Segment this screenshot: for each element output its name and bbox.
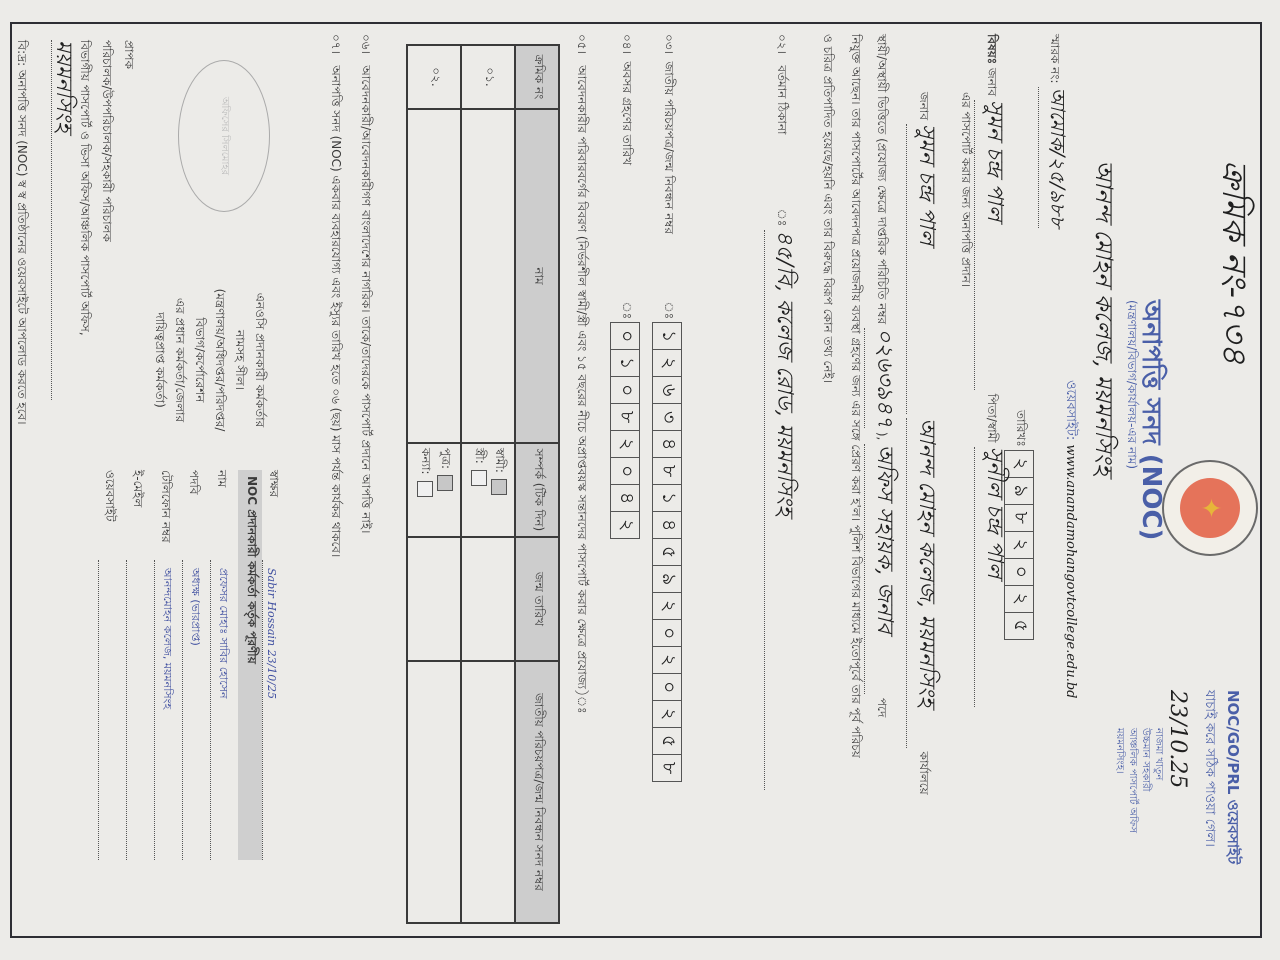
table-header-row: ক্রমিক নং নাম সম্পর্ক (টিক দিন) জন্ম তার… [515, 45, 559, 923]
post-suffix: পদে [875, 698, 889, 717]
subject-prefix: জনাব [985, 68, 999, 96]
digit-box: ৫ [652, 538, 682, 566]
website-value: www.anandamohangovtcollege.edu.bd [1063, 444, 1078, 698]
official-id: ০২৬৩৯৪৭ [864, 328, 902, 428]
fields-header: NOC প্রদানকারী কর্মকর্তা কর্তৃক পূরণীয় [238, 470, 262, 860]
row-nid-cell[interactable] [407, 661, 461, 923]
website-line: ওয়েবসাইট: www.anandamohangovtcollege.ed… [1059, 380, 1080, 699]
digit-box: ২ [652, 646, 682, 674]
digit-box: ৪ [652, 430, 682, 458]
present-address-value: ৪৫/বি, কলেজ রোড, ময়মনসিংহ [764, 230, 802, 790]
field-name: নাম প্রফেসর মোহাঃ সাবির হোসেন [210, 470, 238, 860]
officer-seal-note: এনওসি প্রদানকারী কর্মকর্তার নামসহ সীল। (… [150, 260, 270, 460]
item-number: ০৫। [575, 34, 589, 54]
row-serial: ০২. [407, 45, 461, 109]
digit-box: ২ [652, 349, 682, 377]
item-citizenship: ০৬। আবেদনকারী/আবেদনকারীগণ বাংলাদেশের নাগ… [354, 34, 374, 533]
note-line: এর প্রধান কর্মকর্তা/জেলার [170, 260, 190, 460]
row-nid-cell[interactable] [461, 661, 515, 923]
item-number: ০৬। [359, 34, 373, 54]
item-number: ০৪। [615, 34, 635, 54]
digit-box: ৬ [652, 376, 682, 404]
digit-box: ১ [652, 322, 682, 350]
item-label: অবসর গ্রহণের তারিখ [615, 62, 635, 302]
field-phone: টেলিফোন নম্বর আনন্দমোহন কলেজ, ময়মনসিংহ [154, 470, 182, 860]
recipient-line-2: বিভাগীয় পাসপোর্ট ও ভিসা অফিস/আঞ্চলিক পা… [74, 40, 96, 400]
father-label: পিতা/স্বামী [985, 394, 999, 443]
recipient-block: প্রাপক পরিচালক/উপপরিচালক/সহকারী পরিচালক … [50, 40, 140, 400]
body-prefix: জনাব [917, 92, 931, 120]
digit-box: ৮ [652, 457, 682, 485]
body-line-1: জনাব সুমন চন্দ্র পাল আনন্দ মোহন কলেজ, ময… [906, 92, 944, 795]
subject-label: বিষয়ঃ [985, 34, 999, 64]
document-subtitle: (মন্ত্রণালয়/বিভাগ/কার্যালয়-এর নাম) [1120, 300, 1140, 469]
applicant-name: সুমন চন্দ্র পাল [974, 100, 1012, 390]
field-label: স্বাক্ষর [262, 470, 282, 560]
handwritten-serial-number: ক্রমিক নং-৭৩৪ [1203, 160, 1260, 364]
note-line: বিভাগ/কর্পোরেশন [190, 260, 210, 460]
subject-line: বিষয়ঃ জনাব সুমন চন্দ্র পাল পিতা/স্বামী … [974, 34, 1012, 707]
date-label: তারিখঃ [1009, 410, 1029, 447]
relation-checkbox[interactable] [438, 475, 454, 491]
reference-number: স্মারক নং: আমোক/২৫/৯৮৮ [1038, 34, 1072, 228]
digit-box: ৫ [652, 727, 682, 755]
item-number: ০৭। [329, 34, 343, 54]
digit-box: ০ [610, 376, 640, 404]
digit-box: ৮ [610, 403, 640, 431]
row-relation-cell: পুত্র: কন্যা: [407, 443, 461, 537]
digit-box: ২ [610, 511, 640, 539]
field-line[interactable]: অধ্যক্ষ (ভারপ্রাপ্ত) [182, 560, 183, 860]
retirement-date-digit-boxes: ০১০৮২০৪২ [610, 323, 640, 539]
field-label: ই-মেইল [126, 470, 146, 560]
body-office: আনন্দ মোহন কলেজ, ময়মনসিংহ [906, 418, 944, 748]
item-validity: ০৭। অনাপত্তি সনদ (NOC) একবার ব্যবহারযোগ্… [324, 34, 344, 557]
note-line: নামসহ সীল। [230, 260, 250, 460]
reference-label: স্মারক নং: [1048, 34, 1062, 84]
note-line: এনওসি প্রদানকারী কর্মকর্তার [250, 260, 270, 460]
signature-line[interactable]: Sabir Hossain 23/10/25 [262, 560, 263, 860]
digit-box: ৮ [652, 754, 682, 782]
table-row: ০১. স্বামী: স্ত্রী: [461, 45, 515, 923]
header-nid: জাতীয় পরিচয়পত্র/জন্ম নিবন্ধন সনদ নম্বর [515, 661, 559, 923]
post-title: অফিস সহায়ক, জনাব [864, 444, 902, 694]
relation-label: পুত্র: [439, 448, 453, 469]
row-name-cell[interactable] [407, 109, 461, 443]
digit-box: ৪ [652, 511, 682, 539]
national-id-digit-boxes: ১২৬৩৪৮১৪৫৯২০২০২৫৮ [652, 323, 682, 782]
digit-box: ০ [610, 457, 640, 485]
item-text: আবেদনকারী/আবেদনকারীগণ বাংলাদেশের নাগরিক।… [359, 65, 373, 533]
officer-fields: স্বাক্ষর Sabir Hossain 23/10/25 NOC প্রদ… [98, 470, 290, 860]
verification-date: 23/10.25 [1165, 690, 1190, 930]
field-line[interactable] [126, 560, 127, 860]
noc-document-page: ক্রমিক নং-৭৩৪ ✦ অনাপত্তি সনদ (NOC) (মন্ত… [0, 0, 1280, 960]
digit-box: ০ [652, 673, 682, 701]
row-birth-date-cell[interactable] [461, 537, 515, 661]
field-label: টেলিফোন নম্বর [154, 470, 174, 560]
father-name: সুনীল চন্দ্র পাল [974, 447, 1012, 707]
body-line-3: নিযুক্ত আছেন। তার পাসপোর্টের আবেদনপত্র প… [844, 34, 864, 758]
field-signature: স্বাক্ষর Sabir Hossain 23/10/25 [262, 470, 290, 860]
item-national-id: ০৩। জাতীয় পরিচয়পত্র/জন্ম নিবন্ধন নম্বর… [652, 34, 682, 782]
government-seal-icon: ✦ [1162, 460, 1258, 556]
relation-checkbox[interactable] [418, 481, 434, 497]
item-label: বর্তমান ঠিকানা [770, 65, 790, 205]
office-name: আনন্দ মোহন কলেজ, ময়মনসিংহ [1082, 160, 1122, 476]
stamp-line: উচ্চমান সহকারী [1139, 728, 1152, 930]
reference-value: আমোক/২৫/৯৮৮ [1038, 87, 1072, 228]
field-designation: পদবি অধ্যক্ষ (ভারপ্রাপ্ত) [182, 470, 210, 860]
item-text: অনাপত্তি সনদ (NOC) একবার ব্যবহারযোগ্য এব… [329, 65, 343, 557]
body-name: সুমন চন্দ্র পাল [906, 124, 944, 414]
table-row: ০২. পুত্র: কন্যা: [407, 45, 461, 923]
subject-suffix: এর পাসপোর্ট করার জন্য অনাপত্তি প্রদান। [954, 92, 974, 287]
body-office-suffix: কার্যালয়ে [917, 752, 931, 795]
item-retirement-date: ০৪। অবসর গ্রহণের তারিখ ঃ ০১০৮২০৪২ [610, 34, 640, 539]
header-serial: ক্রমিক নং [515, 45, 559, 109]
row-serial: ০১. [461, 45, 515, 109]
item-number: ০৩। [657, 34, 677, 54]
digit-box: ২ [610, 430, 640, 458]
stamp-line: নাজমা খাতুন [1152, 728, 1165, 930]
verification-line-2: যাচাই করে সঠিক পাওয়া গেল। [1198, 690, 1219, 930]
field-email: ই-মেইল [126, 470, 154, 860]
stamp-line: আঞ্চলিক পাসপোর্ট অফিস [1126, 728, 1139, 930]
field-line[interactable]: আনন্দমোহন কলেজ, ময়মনসিংহ [154, 560, 155, 860]
digit-box: ২ [652, 592, 682, 620]
handwritten-signature: Sabir Hossain 23/10/25 [265, 568, 278, 699]
relation-label: কন্যা: [419, 448, 433, 475]
website-label: ওয়েবসাইট: [1063, 380, 1078, 440]
digit-box: ১ [652, 484, 682, 512]
digit-box: ০ [652, 619, 682, 647]
field-value: প্রফেসর মোহাঃ সাবির হোসেন [213, 568, 232, 699]
family-details-table: ক্রমিক নং নাম সম্পর্ক (টিক দিন) জন্ম তার… [406, 44, 560, 924]
verification-officer-stamp: নাজমা খাতুন উচ্চমান সহকারী আঞ্চলিক পাসপো… [1113, 728, 1165, 930]
recipient-city: ময়মনসিংহ [51, 40, 74, 400]
seal-emblem-icon: ✦ [1180, 478, 1240, 538]
note-line: (মন্ত্রণালয়/অধিদপ্তর/পরিদপ্তর/ [210, 260, 230, 460]
header-relation: সম্পর্ক (টিক দিন) [515, 443, 559, 537]
row-birth-date-cell[interactable] [407, 537, 461, 661]
relation-checkbox[interactable] [492, 479, 508, 495]
digit-box: ২ [652, 700, 682, 728]
header-name: নাম [515, 109, 559, 443]
digit-box: ৩ [652, 403, 682, 431]
note-line: দায়িত্বপ্রাপ্ত কর্মকর্তা) [150, 260, 170, 460]
body-line-2: স্থায়ী/অস্থায়ী ভিত্তিতে (প্রযোজ্য ক্ষে… [864, 34, 902, 717]
item-number: ০২। [775, 34, 789, 54]
header-birth-date: জন্ম তারিখ [515, 537, 559, 661]
field-label: ওয়েবসাইট [98, 470, 118, 560]
field-label: পদবি [182, 470, 202, 560]
digit-box: ৯ [652, 565, 682, 593]
field-value: অধ্যক্ষ (ভারপ্রাপ্ত) [185, 568, 204, 646]
footer-note: বি:দ্র: অনাপত্তি সনদ (NOC) স্ব স্ব প্রতি… [10, 40, 30, 425]
digit-box: ৪ [610, 484, 640, 512]
verification-stamp: NOC/GO/PRL ওয়েবসাইট যাচাই করে সঠিক পাওয… [1113, 690, 1244, 930]
verification-line-1: NOC/GO/PRL ওয়েবসাইট [1219, 690, 1244, 930]
office-seal-placeholder: অফিসের সিলমোহর [178, 60, 270, 212]
field-website: ওয়েবসাইট [98, 470, 126, 860]
body-line-2-text: স্থায়ী/অস্থায়ী ভিত্তিতে (প্রযোজ্য ক্ষে… [875, 34, 889, 324]
item-label: আবেদনকারীর পরিবারবর্গের বিবরণ (নির্ভরশীল… [575, 65, 589, 713]
body-line-4: ও চরিত্র প্রতিপাদিত হয়েছে/হয়নি এবং তার… [816, 34, 836, 383]
field-line[interactable]: প্রফেসর মোহাঃ সাবির হোসেন [210, 560, 211, 860]
item-label: জাতীয় পরিচয়পত্র/জন্ম নিবন্ধন নম্বর [657, 62, 677, 302]
row-relation-cell: স্বামী: স্ত্রী: [461, 443, 515, 537]
field-value: আনন্দমোহন কলেজ, ময়মনসিংহ [157, 568, 176, 709]
row-name-cell[interactable] [461, 109, 515, 443]
stamp-line: ময়মনসিংহ। [1113, 728, 1126, 930]
item-family-details: ০৫। আবেদনকারীর পরিবারবর্গের বিবরণ (নির্ভ… [570, 34, 590, 713]
field-label: নাম [210, 470, 230, 560]
relation-label: স্বামী: [493, 448, 507, 473]
recipient-label: প্রাপক [118, 40, 140, 400]
digit-box: ০ [610, 322, 640, 350]
recipient-line-1: পরিচালক/উপপরিচালক/সহকারী পরিচালক [96, 40, 118, 400]
item-present-address: ০২। বর্তমান ঠিকানা ঃ ৪৫/বি, কলেজ রোড, ময… [764, 34, 802, 790]
relation-checkbox[interactable] [472, 470, 488, 486]
field-line[interactable] [98, 560, 99, 860]
relation-label: স্ত্রী: [473, 448, 487, 464]
digit-box: ১ [610, 349, 640, 377]
